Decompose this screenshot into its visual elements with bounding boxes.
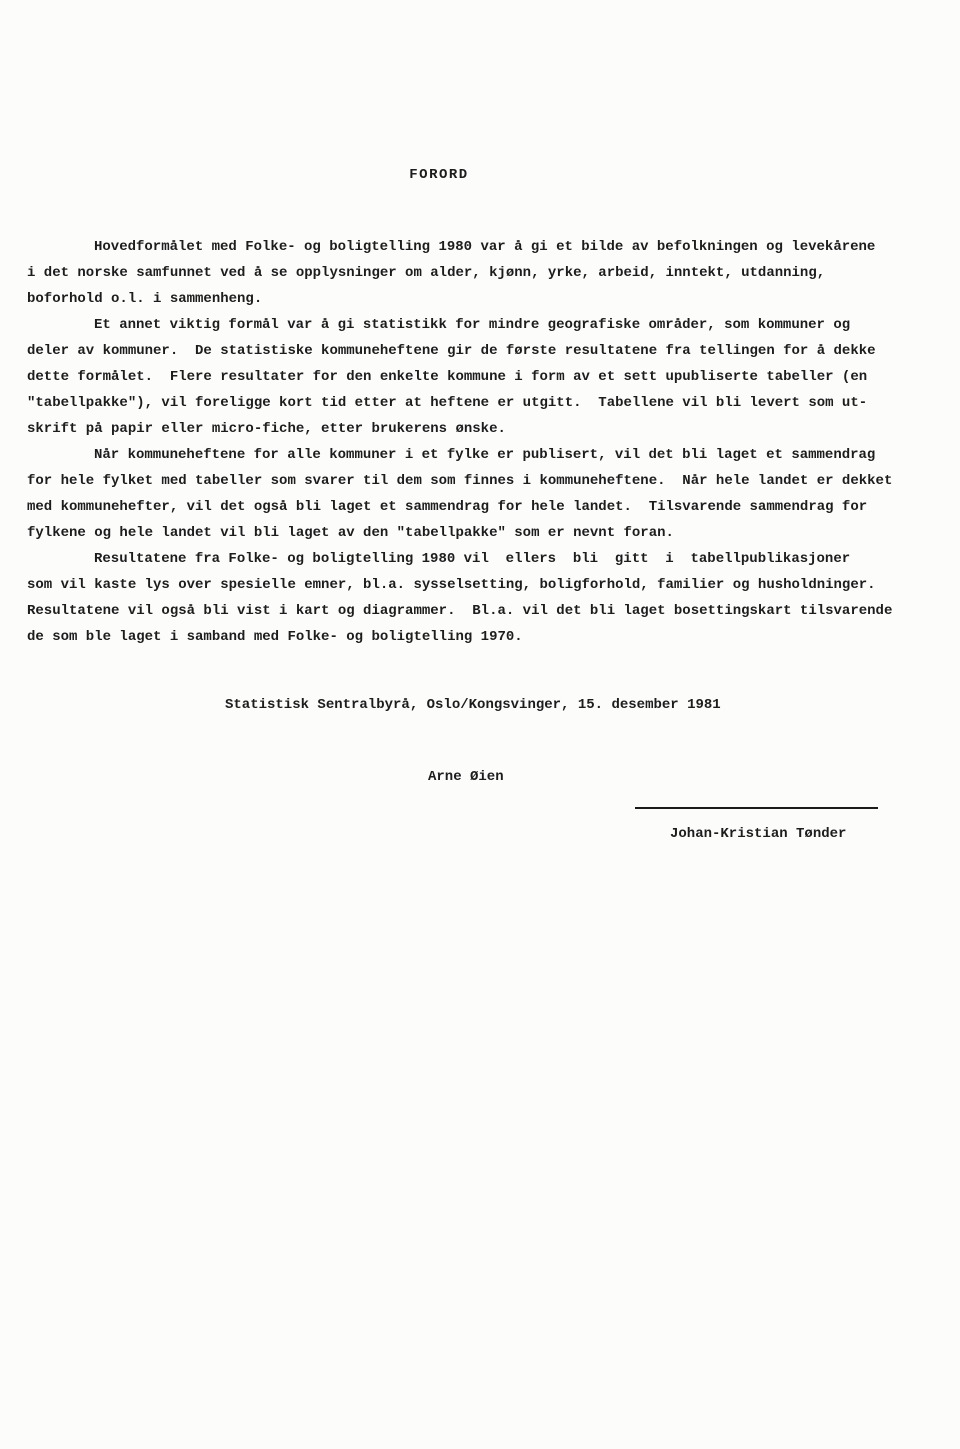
body-line: med kommunehefter, vil det også bli lage… xyxy=(27,494,897,520)
body-line: Et annet viktig formål var å gi statisti… xyxy=(27,312,897,338)
signature-line xyxy=(635,807,878,809)
document-body: Hovedformålet med Folke- og boligtelling… xyxy=(27,234,897,650)
body-line: deler av kommuner. De statistiske kommun… xyxy=(27,338,897,364)
body-line: boforhold o.l. i sammenheng. xyxy=(27,286,897,312)
paragraph-4: Resultatene fra Folke- og boligtelling 1… xyxy=(27,546,897,650)
body-line: Hovedformålet med Folke- og boligtelling… xyxy=(27,234,897,260)
body-line: Resultatene fra Folke- og boligtelling 1… xyxy=(27,546,897,572)
paragraph-3: Når kommuneheftene for alle kommuner i e… xyxy=(27,442,897,546)
body-line: Resultatene vil også bli vist i kart og … xyxy=(27,598,897,624)
signature-place-date: Statistisk Sentralbyrå, Oslo/Kongsvinger… xyxy=(225,692,721,718)
document-page: FORORD Hovedformålet med Folke- og bolig… xyxy=(0,0,960,1449)
body-line: i det norske samfunnet ved å se opplysni… xyxy=(27,260,897,286)
paragraph-2: Et annet viktig formål var å gi statisti… xyxy=(27,312,897,442)
body-line: de som ble laget i samband med Folke- og… xyxy=(27,624,897,650)
page-title: FORORD xyxy=(27,167,851,183)
paragraph-1: Hovedformålet med Folke- og boligtelling… xyxy=(27,234,897,312)
body-line: Når kommuneheftene for alle kommuner i e… xyxy=(27,442,897,468)
signer-primary: Arne Øien xyxy=(428,764,504,790)
body-line: "tabellpakke"), vil foreligge kort tid e… xyxy=(27,390,897,416)
body-line: fylkene og hele landet vil bli laget av … xyxy=(27,520,897,546)
signer-secondary: Johan-Kristian Tønder xyxy=(670,821,846,847)
body-line: for hele fylket med tabeller som svarer … xyxy=(27,468,897,494)
body-line: skrift på papir eller micro-fiche, etter… xyxy=(27,416,897,442)
body-line: som vil kaste lys over spesielle emner, … xyxy=(27,572,897,598)
body-line: dette formålet. Flere resultater for den… xyxy=(27,364,897,390)
